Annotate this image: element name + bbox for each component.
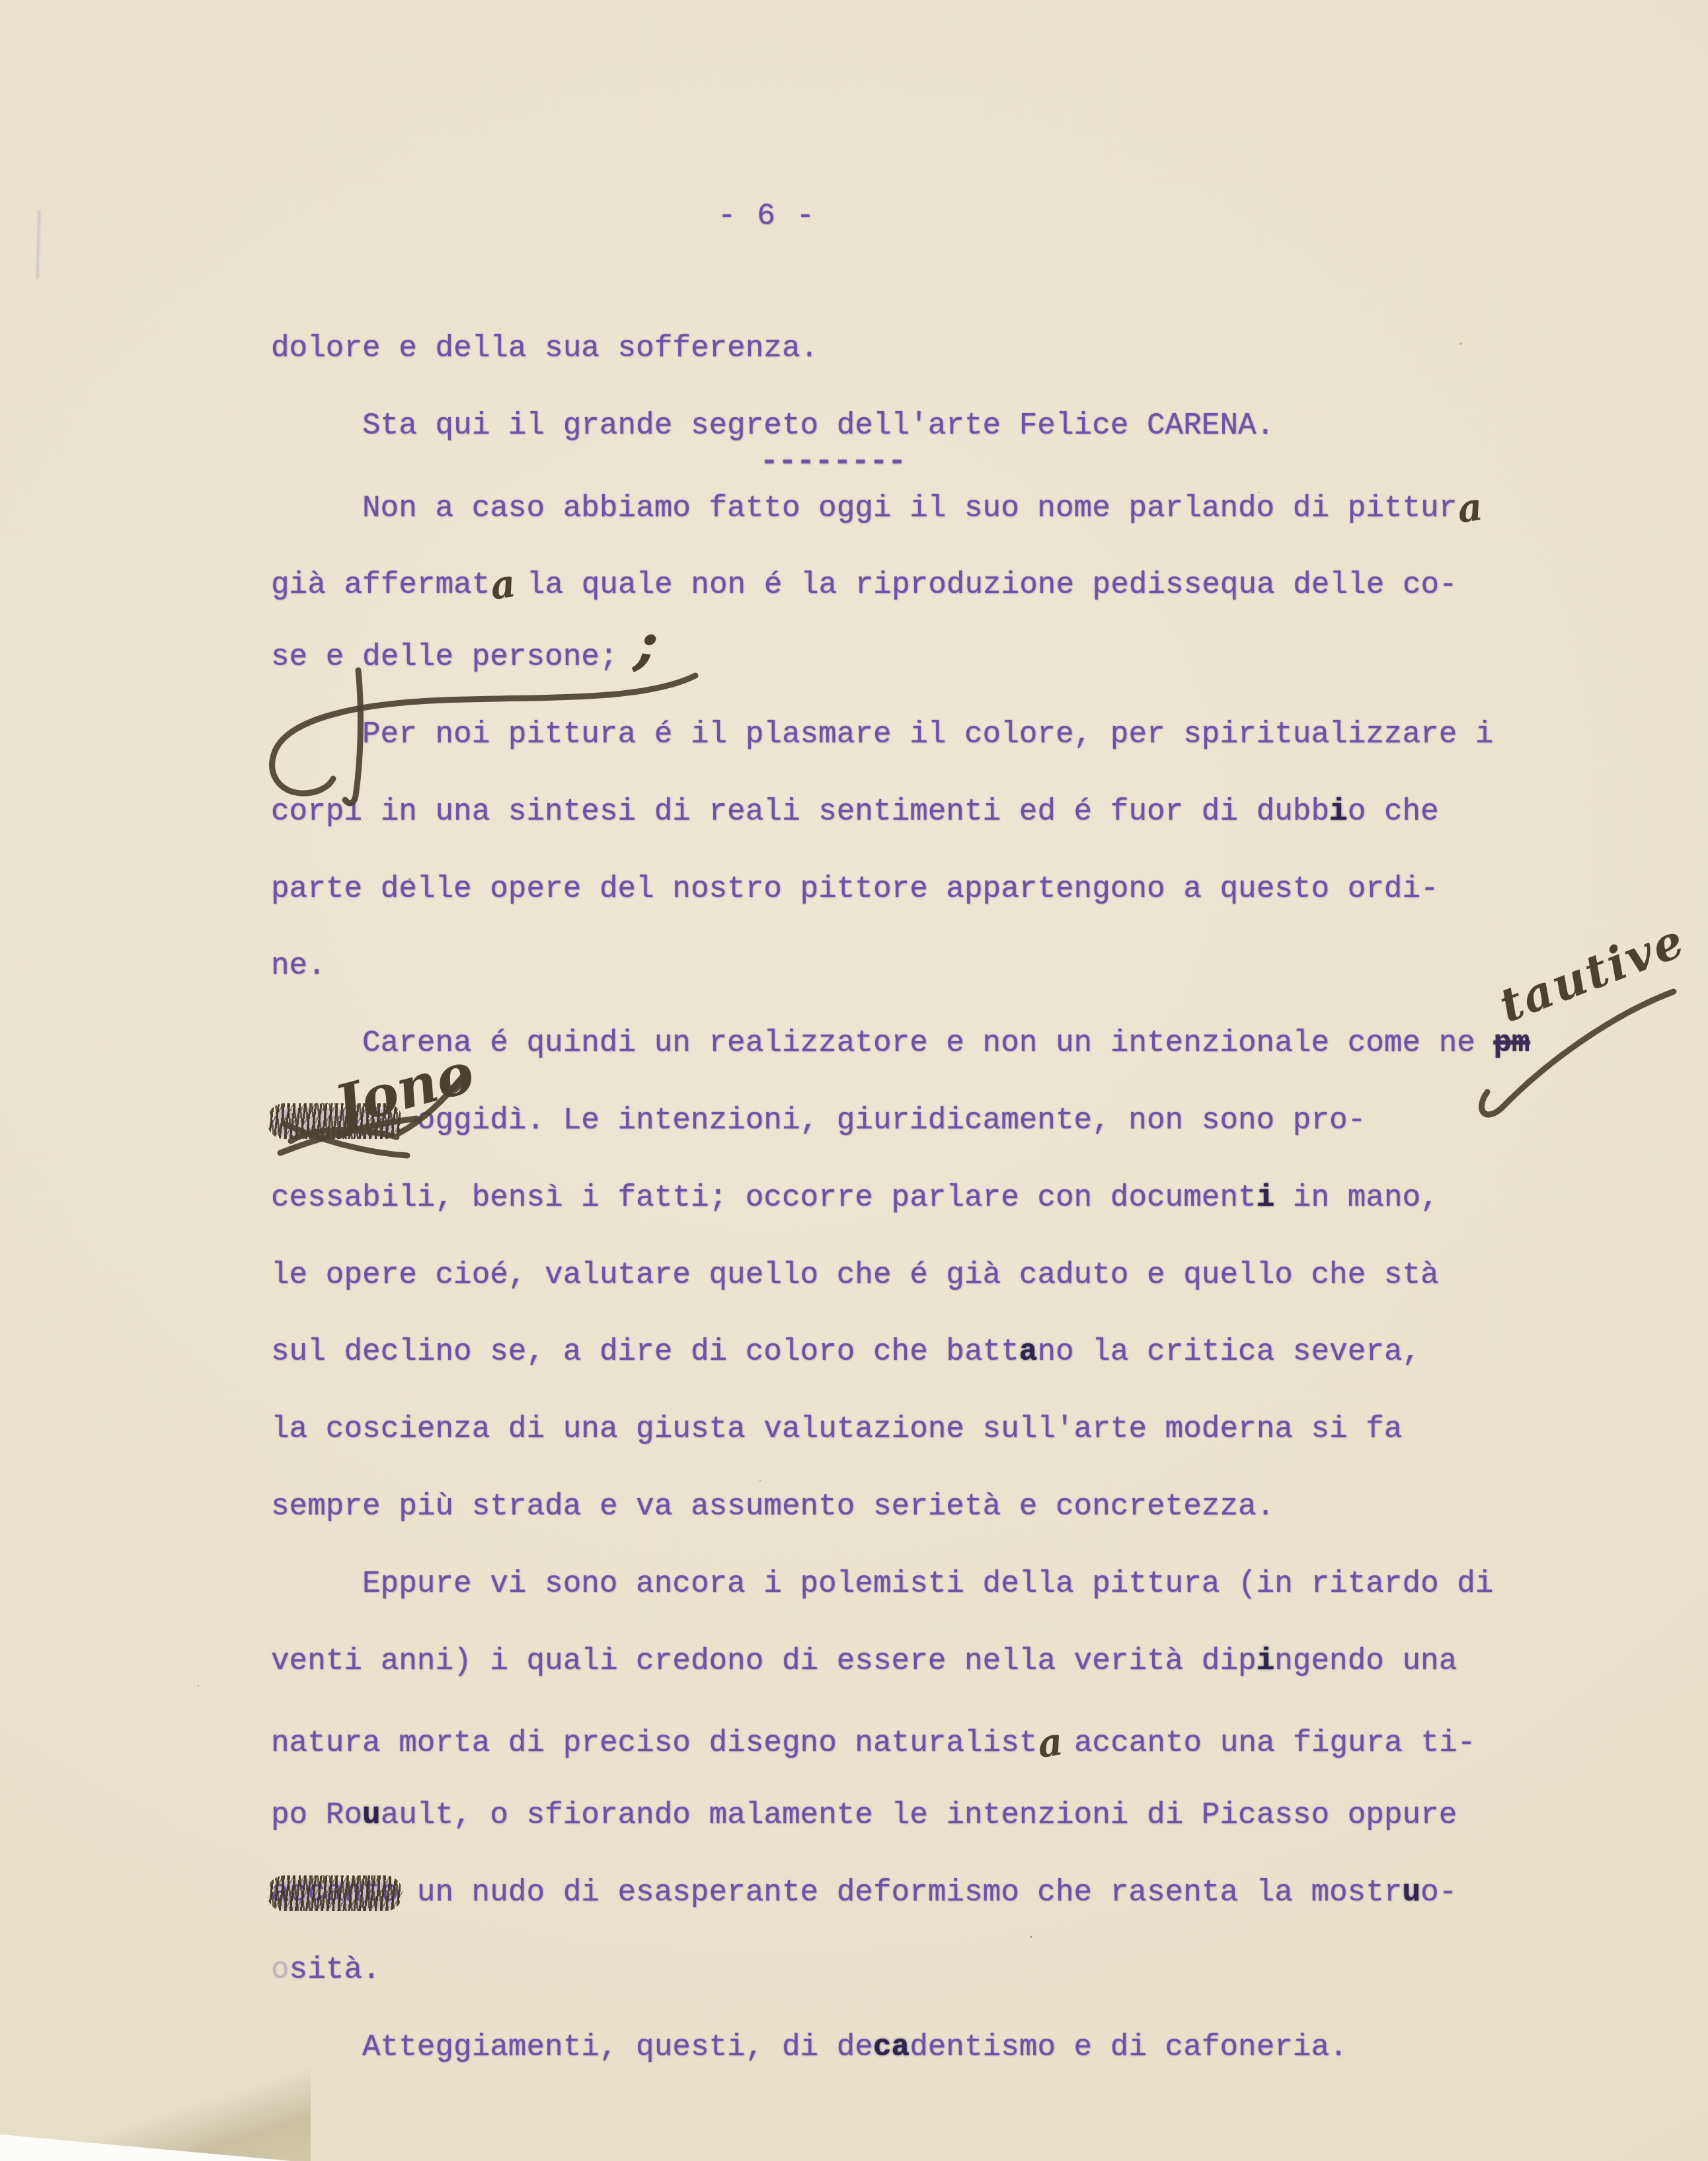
typed-text: in mano, bbox=[1274, 1181, 1438, 1215]
overtyped-correction: ca bbox=[873, 2030, 910, 2064]
paper-crease-mark bbox=[36, 210, 41, 279]
typed-line-21: accanto un nudo di esasperante deformism… bbox=[271, 1854, 1514, 1932]
typed-text: Atteggiamenti, questi, di de bbox=[362, 2030, 873, 2064]
typed-text: o che bbox=[1348, 795, 1439, 829]
typed-text: Eppure vi sono ancora i polemisti della … bbox=[362, 1567, 1493, 1601]
handwritten-correction: a bbox=[1452, 469, 1481, 548]
handwritten-insert-word: tautive bbox=[1492, 912, 1693, 1033]
overtyped-correction: i bbox=[1329, 795, 1348, 829]
overtyped-correction: u bbox=[362, 1798, 381, 1832]
typed-line-16: sempre più strada e va assumento serietà… bbox=[271, 1468, 1514, 1546]
overtyped-correction: u bbox=[1402, 1875, 1420, 1910]
overtyped-correction: i bbox=[1257, 1181, 1275, 1215]
typed-text: Per noi pittura é il plasmare il colore,… bbox=[362, 717, 1493, 752]
typed-line-15: la coscienza di una giusta valutazione s… bbox=[271, 1391, 1514, 1468]
typed-text: Carena é quindi un realizzatore e non un… bbox=[362, 1026, 1493, 1060]
typed-text: sità. bbox=[290, 1953, 381, 1987]
typed-text: natura morta di preciso disegno naturali… bbox=[271, 1726, 1037, 1760]
typed-text: ne. bbox=[271, 949, 326, 983]
typed-line-7: corpi in una sintesi di reali sentimenti… bbox=[271, 773, 1514, 851]
typed-text: oggidì. Le intenzioni, giuridicamente, n… bbox=[399, 1103, 1366, 1138]
typed-text: o- bbox=[1420, 1875, 1457, 1910]
typed-text: venti anni) i quali credono di essere ne… bbox=[271, 1644, 1257, 1678]
ink-scribble-strikeout: accanto bbox=[271, 1854, 399, 1932]
typed-line-3: Non a caso abbiamo fatto oggi il suo nom… bbox=[271, 465, 1514, 542]
typed-text: po Ro bbox=[271, 1798, 362, 1832]
typed-line-23: Atteggiamenti, questi, di decadentismo e… bbox=[271, 2009, 1514, 2086]
typed-line-1: dolore e della sua sofferenza. bbox=[271, 310, 1514, 387]
typed-text: accanto una figura ti- bbox=[1056, 1726, 1475, 1760]
typed-line-6: Per noi pittura é il plasmare il colore,… bbox=[271, 696, 1514, 773]
typed-line-18: venti anni) i quali credono di essere ne… bbox=[271, 1623, 1514, 1700]
typed-line-2: Sta qui il grande segreto dell'arte Feli… bbox=[271, 387, 1514, 465]
typed-text: la quale non é la riproduzione pedissequ… bbox=[508, 568, 1457, 602]
typed-text: sempre più strada e va assumento serietà… bbox=[271, 1489, 1274, 1524]
typed-text: le opere cioé, valutare quello che é già… bbox=[271, 1258, 1439, 1292]
typed-text: un nudo di esasperante deformismo che ra… bbox=[399, 1875, 1402, 1910]
typed-text: no la critica severa, bbox=[1037, 1335, 1420, 1369]
typed-text: ault, o sfiorando malamente le intenzion… bbox=[381, 1798, 1457, 1832]
typed-text: se e delle persone; bbox=[271, 640, 618, 674]
typed-line-8: parte delle opere del nostro pittore app… bbox=[271, 851, 1514, 928]
typed-text: Non a caso abbiamo fatto oggi il suo nom… bbox=[362, 491, 1457, 526]
typed-text: corpi in una sintesi di reali sentimenti… bbox=[271, 795, 1329, 829]
typed-line-19: natura morta di preciso disegno naturali… bbox=[271, 1700, 1514, 1777]
typed-line-14: sul declino se, a dire di coloro che bat… bbox=[271, 1314, 1514, 1391]
typed-line-13: le opere cioé, valutare quello che é già… bbox=[271, 1237, 1514, 1314]
typed-text: Sta qui il grande segreto dell'arte Feli… bbox=[362, 409, 1274, 443]
faint-typed-text: o bbox=[271, 1953, 290, 1987]
overtyped-correction: a bbox=[1019, 1335, 1038, 1369]
text-block: dolore e della sua sofferenza.Sta qui il… bbox=[271, 310, 1514, 2086]
typed-text: ngendo una bbox=[1274, 1644, 1457, 1678]
typed-text: parte delle opere del nostro pittore app… bbox=[271, 872, 1439, 906]
manuscript-paper: - 6 - -------- dolore e della sua soffer… bbox=[0, 0, 1708, 2161]
typed-line-20: po Rouault, o sfiorando malamente le int… bbox=[271, 1777, 1514, 1854]
overtyped-correction: i bbox=[1257, 1644, 1275, 1678]
typed-text: cessabili, bensì i fatti; occorre parlar… bbox=[271, 1181, 1257, 1215]
typed-line-12: cessabili, bensì i fatti; occorre parlar… bbox=[271, 1159, 1514, 1237]
typed-line-4: già affermata la quale non é la riproduz… bbox=[271, 541, 1514, 619]
typed-line-17: Eppure vi sono ancora i polemisti della … bbox=[271, 1546, 1514, 1623]
typed-text: la coscienza di una giusta valutazione s… bbox=[271, 1412, 1402, 1446]
typed-line-5: se e delle persone; bbox=[271, 619, 1514, 696]
typed-line-22: osità. bbox=[271, 1932, 1514, 2009]
typed-text: dolore e della sua sofferenza. bbox=[271, 331, 818, 366]
typed-text: dentismo e di cafoneria. bbox=[910, 2030, 1348, 2064]
typed-line-9: ne. bbox=[271, 927, 1514, 1005]
typed-text: già affermat bbox=[271, 568, 490, 602]
handwritten-correction: a bbox=[1033, 1704, 1062, 1784]
typed-text: sul declino se, a dire di coloro che bat… bbox=[271, 1335, 1019, 1369]
page-number: - 6 - bbox=[718, 180, 816, 253]
